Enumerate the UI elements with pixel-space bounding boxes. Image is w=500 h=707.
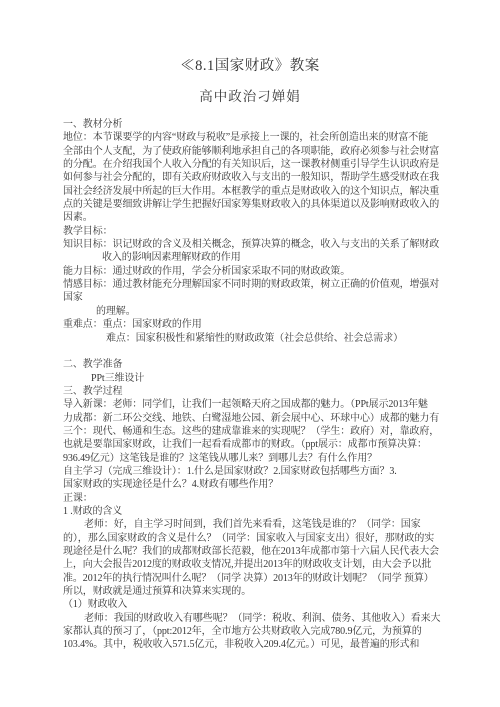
text-line: 老师：好，自主学习时间到，我们首先来看看，这笔钱是谁的？（同学：国家 xyxy=(63,518,442,531)
text-line: 情感目标：通过教材能充分理解国家不同时期的财政政策，树立正确的价值观，增强对 xyxy=(63,278,442,291)
text-line: 国社会经济发展中所起的巨大作用。本框教学的重点是财政收入的这个知识点，解决重 xyxy=(63,185,442,198)
text-line: 上，向大会报告2012度的财政收支情况,并提出2013年的财政收支计划，由大会予… xyxy=(63,558,442,571)
text-line: 因素。 xyxy=(63,211,442,224)
text-line: 正课： xyxy=(63,492,442,505)
text-line: 导入新课：老师：同学们，让我们一起领略天府之国成都的魅力。（PPt展示2013年… xyxy=(63,398,442,411)
text-line: 全部由个人支配，为了使政府能够顺利地承担自己的各项职能，政府必须参与社会财富 xyxy=(63,145,442,158)
text-line: 点的关键是要细致讲解让学生把握好国家筹集财政收入的具体渠道以及影响财政收入的 xyxy=(63,198,442,211)
document-page: ≪8.1国家财政》教案 高中政治刁婵娟 一、教材分析地位：本节课要学的内容“财政… xyxy=(0,0,500,707)
text-line: 三、教学过程 xyxy=(63,385,442,398)
text-line: 国家 xyxy=(63,291,442,304)
text-line: 三个：现代、畅通和生态。这些的建成靠谁来的实现呢？（学生：政府）对，靠政府， xyxy=(63,425,442,438)
text-line: 重难点：重点：国家财政的作用 xyxy=(63,318,442,331)
text-line: 103.4%。其中，税收收入571.5亿元，非税收入209.4亿元。）可见，最普… xyxy=(63,638,442,651)
text-line: 准。2012年的执行情况叫什么呢？（同学 决算）2013年的财政计划呢？（同学 … xyxy=(63,572,442,585)
text-line: 如何参与社会分配的，即有关政府财政收入与支出的一般知识，帮助学生感受财政在我 xyxy=(63,171,442,184)
text-line: 能力目标：通过财政的作用，学会分析国家采取不同的财政政策。 xyxy=(63,265,442,278)
text-line: 地位：本节课要学的内容“财政与税收”是承接上一课的，社会所创造出来的财富不能 xyxy=(63,131,442,144)
text-line: 的理解。 xyxy=(63,305,442,318)
text-line: 国家财政的实现途径是什么？4.财政有哪些作用？ xyxy=(63,478,442,491)
text-line: 也就是要靠国家财政，让我们一起看看成都市的财政。（ppt展示：成都市预算决算： xyxy=(63,438,442,451)
page-subtitle: 高中政治刁婵娟 xyxy=(0,85,500,105)
text-line: 的分配。在介绍我国个人收入分配的有关知识后，这一课教材侧重引导学生认识政府是 xyxy=(63,158,442,171)
text-line: 的），那么国家财政的含义是什么？（同学：国家收入与国家支出）很好，那财政的实 xyxy=(63,532,442,545)
text-line: 收入的影响因素理解财政的作用 xyxy=(63,251,442,264)
text-line: 自主学习（完成三维设计）：1.什么是国家财政？2.国家财政包括哪些方面？3. xyxy=(63,465,442,478)
text-line: 知识目标：识记财政的含义及相关概念，预算决算的概念，收入与支出的关系了解财政 xyxy=(63,238,442,251)
text-line: （1）财政收入 xyxy=(63,598,442,611)
text-line: 1 .财政的含义 xyxy=(63,505,442,518)
text-line: 家都认真的预习了，（ppt:2012年，全市地方公共财政收入完成780.9亿元，… xyxy=(63,625,442,638)
text-line: 教学目标： xyxy=(63,225,442,238)
text-line: 难点：国家积极性和紧缩性的财政政策（社会总供给、社会总需求） xyxy=(63,332,442,345)
page-title: ≪8.1国家财政》教案 xyxy=(0,54,500,75)
text-line: 老师：我国的财政收入有哪些呢？（同学：税收、利润、债务、其他收入）看来大 xyxy=(63,612,442,625)
text-line: 一、教材分析 xyxy=(63,118,442,131)
document-body-text: 一、教材分析地位：本节课要学的内容“财政与税收”是承接上一课的，社会所创造出来的… xyxy=(63,118,442,652)
text-line: 所以，财政就是通过预算和决算来实现的。 xyxy=(63,585,442,598)
text-line: 936.49亿元）这笔钱是谁的？这笔钱从哪儿来？到哪儿去？有什么作用？ xyxy=(63,452,442,465)
text-line: 现途径是什么呢？我们的成都财政部长范毅，他在2013年成都市第十六届人民代表大会 xyxy=(63,545,442,558)
text-line: PPt三维设计 xyxy=(63,372,442,385)
blank-line xyxy=(63,345,442,358)
text-line: 二、教学准备 xyxy=(63,358,442,371)
text-line: 力成都：新二环公交线、地铁、白鹭湿地公园、新会展中心、环球中心）成都的魅力有 xyxy=(63,412,442,425)
